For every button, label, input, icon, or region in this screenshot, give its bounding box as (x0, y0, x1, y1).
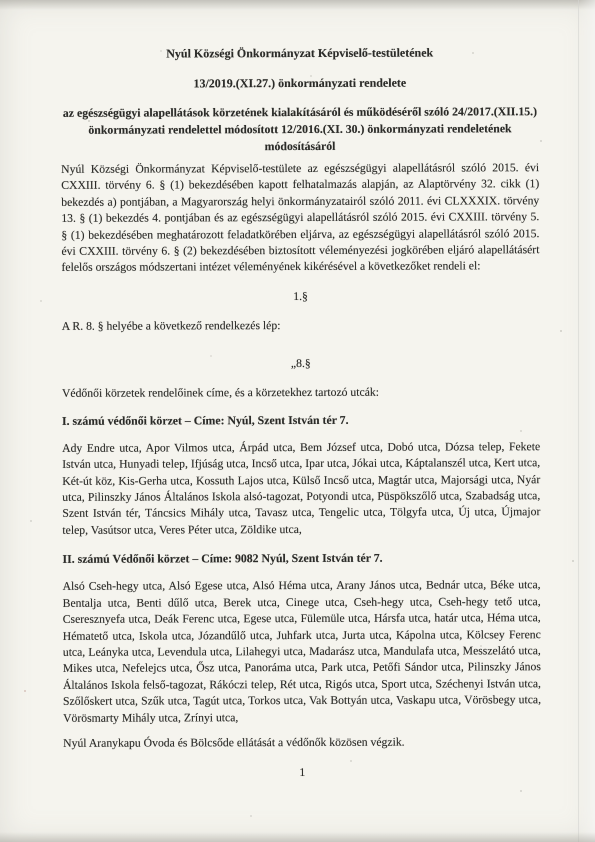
document-title-organization: Nyúl Községi Önkormányzat Képviselő-test… (61, 45, 539, 61)
closing-note: Nyúl Aranykapu Óvoda és Bölcsőde ellátás… (63, 734, 541, 751)
document-content: Nyúl Községi Önkormányzat Képviselő-test… (61, 45, 542, 781)
section-1-label: 1.§ (62, 289, 540, 305)
scanned-document-page: Nyúl Községi Önkormányzat Képviselő-test… (0, 0, 595, 842)
district-1-street-list: Ady Endre utca, Apor Vilmos utca, Árpád … (62, 439, 540, 539)
scan-noise-speckles (0, 0, 2, 2)
quoted-section-8-label: „8.§ (62, 356, 540, 372)
district-1-heading: I. számú védőnői körzet – Címe: Nyúl, Sz… (62, 412, 540, 429)
district-2-heading: II. számú Védőnői körzet – Címe: 9082 Ny… (62, 550, 540, 567)
page-number: 1 (63, 765, 541, 781)
section-1-text: A R. 8. § helyébe a következő rendelkezé… (62, 317, 540, 334)
document-title-decree-number: 13/2019.(XI.27.) önkormányzati rendelete (61, 75, 539, 91)
scan-edge-artifact (578, 0, 595, 842)
document-title-subject: az egészségügyi alapellátások körzetének… (61, 103, 539, 156)
districts-intro-text: Védőnői körzetek rendelőinek címe, és a … (62, 384, 540, 401)
preamble-paragraph: Nyúl Községi Önkormányzat Képviselő-test… (61, 160, 539, 277)
district-2-street-list: Alsó Cseh-hegy utca, Alsó Egese utca, Al… (63, 577, 542, 726)
